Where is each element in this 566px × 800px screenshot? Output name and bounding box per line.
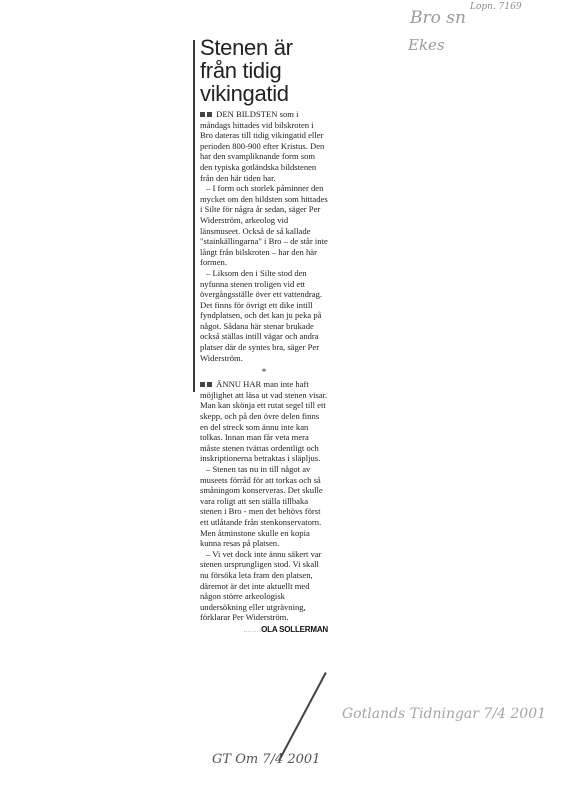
paragraph: – Stenen tas nu in till något av museets… xyxy=(200,464,328,549)
article-headline: Stenen är från tidig vikingatid xyxy=(200,36,328,105)
section1-kicker: DEN BILDSTEN xyxy=(216,109,277,119)
section2-kicker: ÄNNU HAR xyxy=(216,379,261,389)
bullet-square-icon xyxy=(207,112,212,117)
newspaper-article: Stenen är från tidig vikingatid DEN BILD… xyxy=(200,36,328,636)
bullet-square-icon xyxy=(207,382,212,387)
section1-lead: DEN BILDSTEN som i måndags hittades vid … xyxy=(200,109,328,183)
paragraph: – Liksom den i Silte stod den nyfunna st… xyxy=(200,268,328,363)
byline-leader: ........ xyxy=(243,625,261,634)
pen-stroke-divider xyxy=(278,672,327,761)
section1-lead-text: som i måndags hittades vid bilskroten i … xyxy=(200,109,324,183)
paragraph: – Vi vet dock inte ännu säkert var stene… xyxy=(200,549,328,623)
section2-lead-text: man inte haft möjlighet att läsa ut vad … xyxy=(200,379,327,463)
article-body: DEN BILDSTEN som i måndags hittades vid … xyxy=(200,109,328,636)
byline-author: OLA SOLLERMAN xyxy=(261,625,328,634)
handwritten-source-gt: GT Om 7/4 2001 xyxy=(212,752,320,767)
handwritten-parish: Bro sn xyxy=(410,8,466,28)
column-rule xyxy=(193,40,195,392)
section-divider: * xyxy=(200,365,328,379)
handwritten-source-gotlands-tidningar: Gotlands Tidningar 7/4 2001 xyxy=(342,706,546,722)
handwritten-archive-code: Lopn. 7169 xyxy=(470,2,522,12)
section2-lead: ÄNNU HAR man inte haft möjlighet att läs… xyxy=(200,379,328,464)
bullet-square-icon xyxy=(200,382,205,387)
paragraph: – I form och storlek påminner den mycket… xyxy=(200,183,328,268)
bullet-square-icon xyxy=(200,112,205,117)
handwritten-site: Ekes xyxy=(408,36,445,54)
byline: ........OLA SOLLERMAN xyxy=(200,625,328,636)
